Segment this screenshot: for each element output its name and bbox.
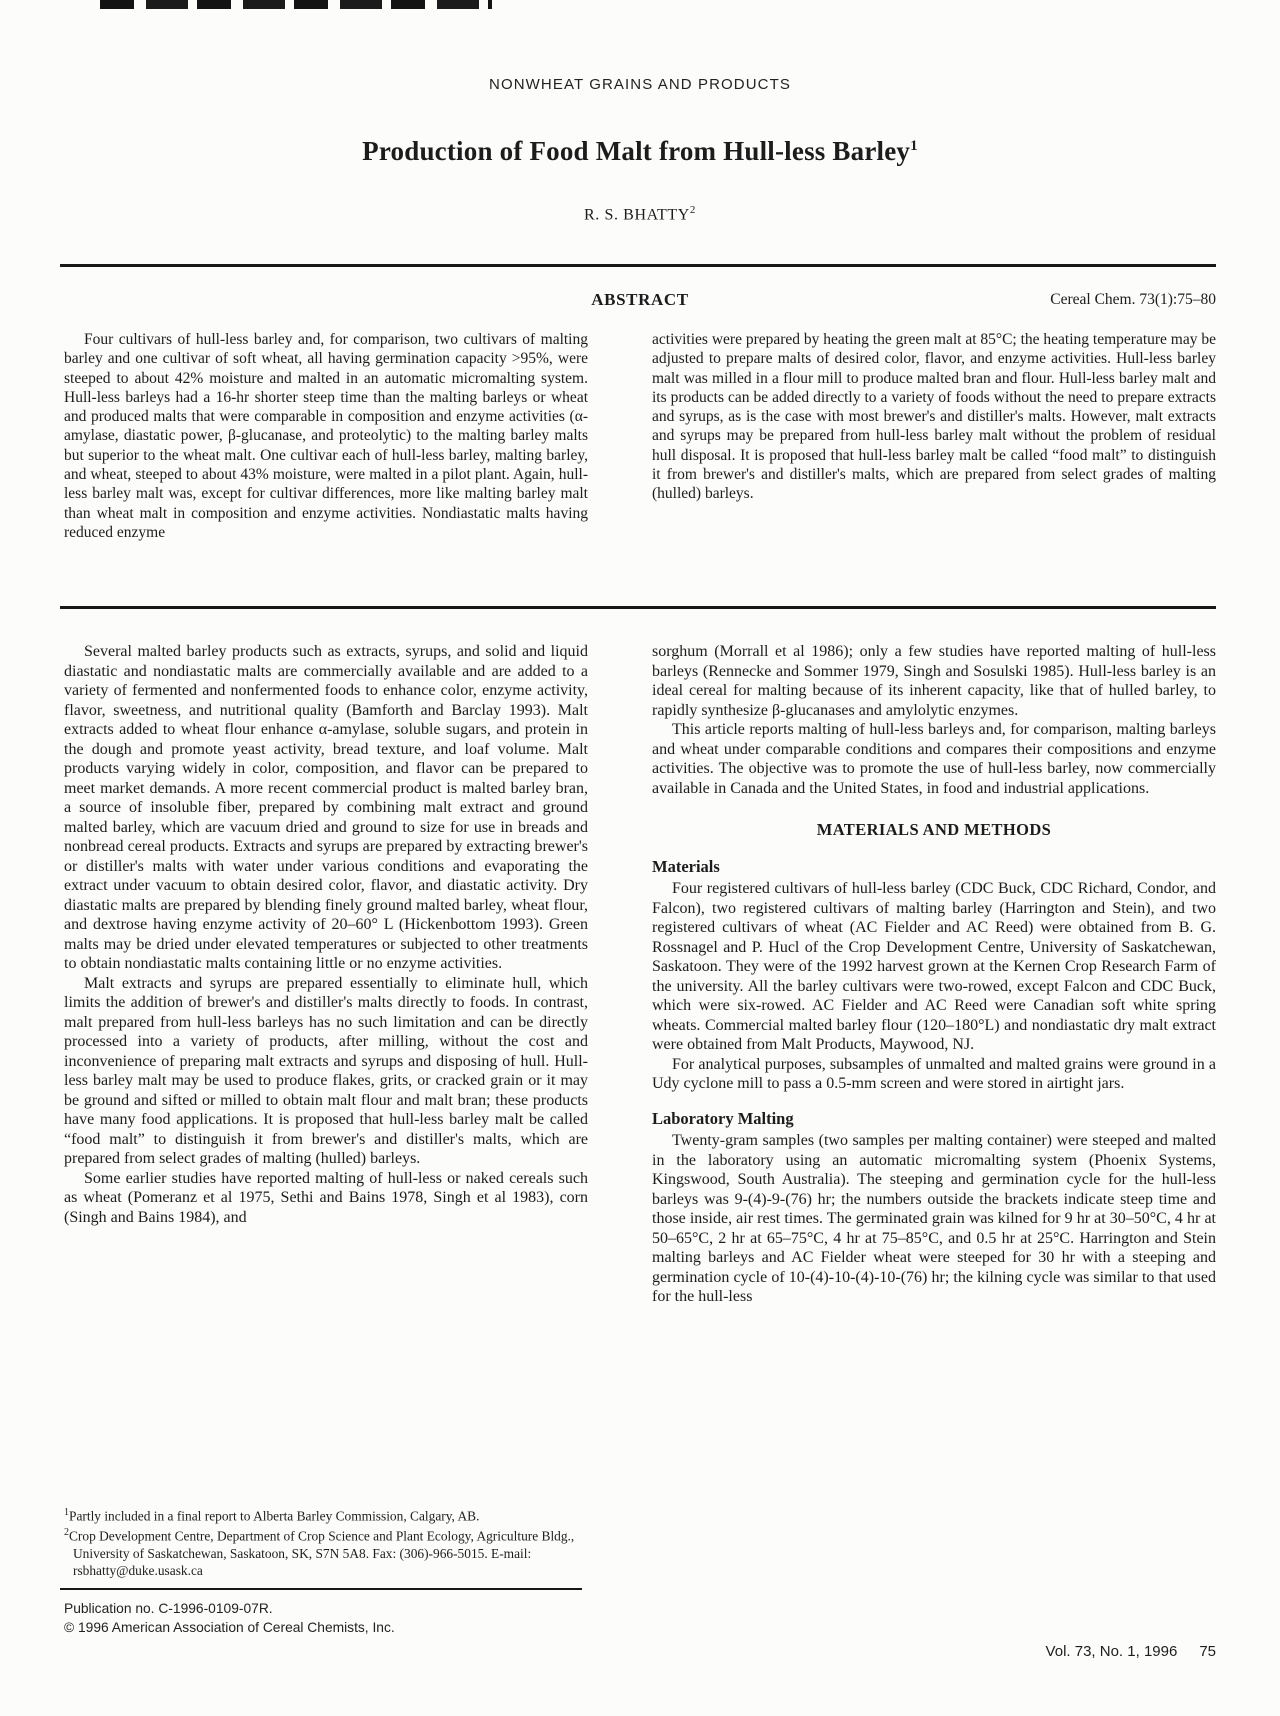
paragraph: Some earlier studies have reported malti…	[64, 1169, 588, 1228]
abstract-heading: ABSTRACT	[64, 290, 1216, 310]
paragraph: Four registered cultivars of hull-less b…	[652, 879, 1216, 1055]
title-footnote-mark: 1	[910, 138, 918, 154]
paragraph: Malt extracts and syrups are prepared es…	[64, 974, 588, 1169]
divider-top	[60, 264, 1216, 267]
page-footer: Vol. 73, No. 1, 199675	[64, 1643, 1216, 1660]
body-column-right: sorghum (Morrall et al 1986); only a few…	[652, 642, 1216, 1307]
divider-abstract-bottom	[60, 606, 1216, 609]
paragraph: This article reports malting of hull-les…	[652, 720, 1216, 798]
journal-citation: Cereal Chem. 73(1):75–80	[1050, 291, 1216, 309]
footnote-text: Partly included in a final report to Alb…	[69, 1508, 479, 1523]
page-number: 75	[1199, 1643, 1216, 1660]
running-head: NONWHEAT GRAINS AND PRODUCTS	[64, 76, 1216, 93]
footnote: 1Partly included in a final report to Al…	[64, 1504, 598, 1524]
abstract-column-left: Four cultivars of hull-less barley and, …	[64, 330, 588, 542]
author-footnote-mark: 2	[690, 204, 696, 216]
copyright-line: © 1996 American Association of Cereal Ch…	[64, 1619, 1216, 1638]
divider-imprint	[60, 1588, 582, 1590]
article-title: Production of Food Malt from Hull-less B…	[64, 136, 1216, 167]
subsection-heading-materials: Materials	[652, 857, 1216, 877]
subsection-heading-laboratory-malting: Laboratory Malting	[652, 1109, 1216, 1129]
footnote-text: Crop Development Centre, Department of C…	[69, 1529, 574, 1578]
paragraph-continuation: sorghum (Morrall et al 1986); only a few…	[652, 642, 1216, 720]
article-body: Several malted barley products such as e…	[64, 642, 1216, 1307]
paragraph: Several malted barley products such as e…	[64, 642, 588, 974]
article-title-text: Production of Food Malt from Hull-less B…	[362, 136, 910, 166]
footnotes-block: 1Partly included in a final report to Al…	[64, 1504, 598, 1579]
journal-page: NONWHEAT GRAINS AND PRODUCTS Production …	[0, 0, 1280, 1716]
scan-artifact	[100, 0, 492, 9]
volume-issue-line: Vol. 73, No. 1, 1996	[1046, 1643, 1178, 1660]
section-heading-materials-and-methods: MATERIALS AND METHODS	[652, 820, 1216, 840]
footnote: 2Crop Development Centre, Department of …	[64, 1524, 598, 1578]
abstract-header-row: ABSTRACT Cereal Chem. 73(1):75–80	[64, 290, 1216, 312]
body-column-left: Several malted barley products such as e…	[64, 642, 588, 1307]
author-name: R. S. BHATTY	[584, 206, 690, 223]
paragraph: For analytical purposes, subsamples of u…	[652, 1055, 1216, 1094]
author-byline: R. S. BHATTY2	[64, 204, 1216, 224]
abstract-section: Four cultivars of hull-less barley and, …	[64, 330, 1216, 542]
paragraph: Twenty-gram samples (two samples per mal…	[652, 1131, 1216, 1307]
abstract-column-right: activities were prepared by heating the …	[652, 330, 1216, 542]
imprint-block: Publication no. C-1996-0109-07R. © 1996 …	[64, 1600, 1216, 1637]
publication-number: Publication no. C-1996-0109-07R.	[64, 1600, 1216, 1619]
